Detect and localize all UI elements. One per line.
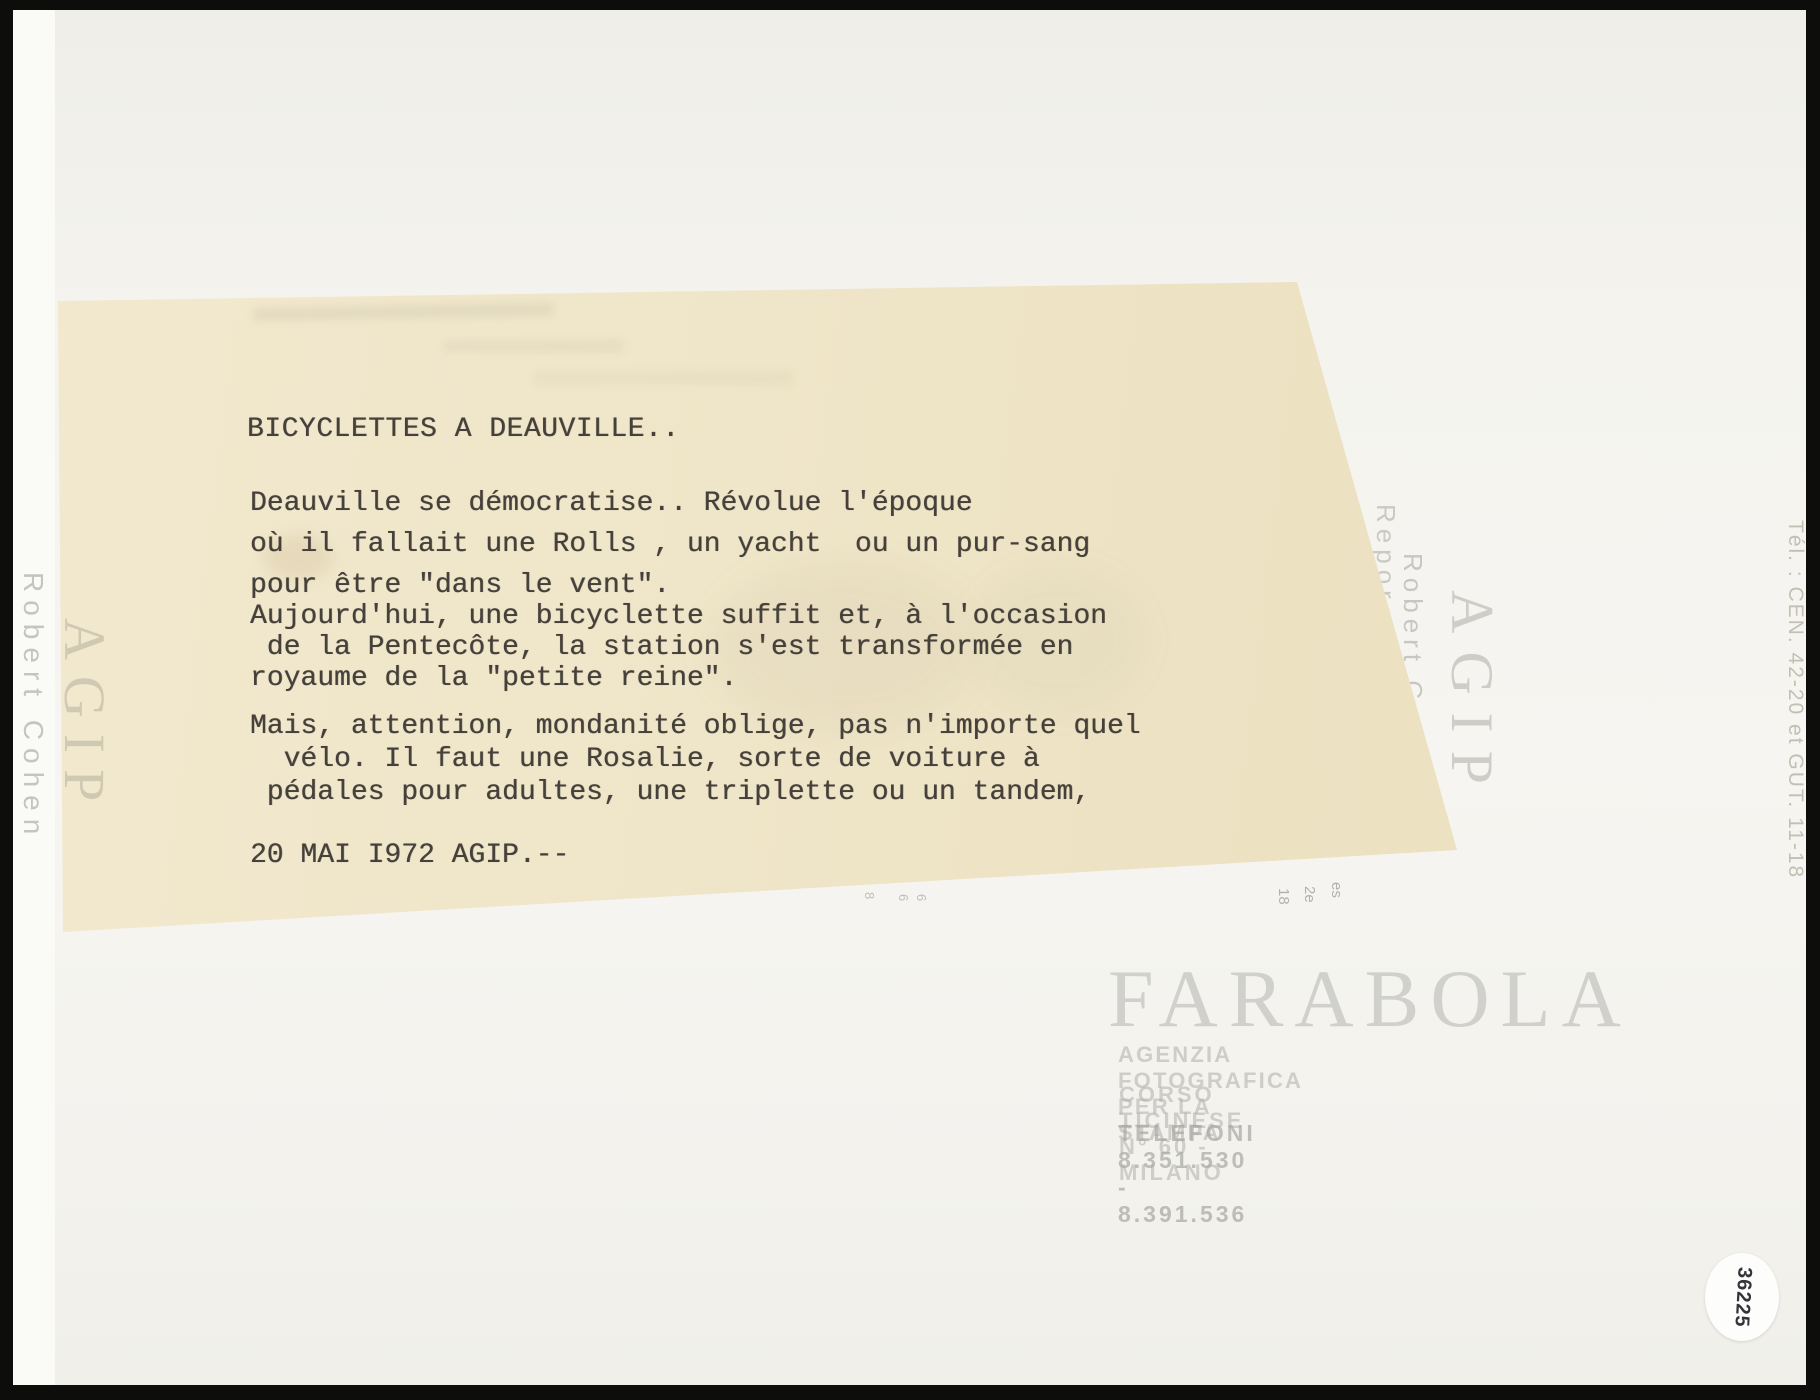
stamp-fragment: 6 [914,894,929,901]
caption-dateline: 20 MAI I972 AGIP.-- [250,840,569,871]
caption-line: Aujourd'hui, une bicyclette suffit et, à… [250,601,1107,632]
scanned-photo-back: Repor Robert C AGIP Tél. : CEN. 42-20 et… [0,0,1820,1400]
caption-line: Mais, attention, mondanité oblige, pas n… [250,711,1141,744]
caption-line: de la Pentecôte, la station s'est transf… [250,632,1107,663]
caption-slip-paper [13,10,1806,1385]
caption-line: pédales pour adultes, une triplette ou u… [250,777,1141,810]
agip-left-photographer-stamp: Robert Cohen [17,572,49,842]
caption-paragraph: Aujourd'hui, une bicyclette suffit et, à… [250,601,1107,694]
farabola-stamp-line4: TELEFONI 8.351.530 - 8.391.536 [1118,1120,1256,1228]
stamp-fragment: es [1328,882,1345,898]
caption-line: où il fallait une Rolls , un yacht ou un… [250,529,1090,570]
caption-paragraph: Deauville se démocratise.. Révolue l'épo… [250,488,1090,611]
stamp-fragment: 6 [896,894,911,901]
agip-left-agency-stamp: AGIP [51,618,118,817]
caption-title: BICYCLETTES A DEAUVILLE.. [247,414,680,445]
archive-number: 36225 [1729,1266,1755,1328]
stamp-fragment: 18 [1275,888,1292,905]
photo-paper-back: Repor Robert C AGIP Tél. : CEN. 42-20 et… [13,10,1806,1385]
archive-number-sticker: 36225 [1705,1253,1779,1341]
stamp-fragment: 2e [1301,886,1318,903]
caption-line: Deauville se démocratise.. Révolue l'épo… [250,488,1090,529]
agip-phone-line-stamp: Tél. : CEN. 42-20 et GUT. 11-18 [1783,520,1807,879]
caption-line: royaume de la "petite reine". [250,663,1107,694]
farabola-stamp-name: FARABOLA [1108,952,1632,1046]
stamp-fragment: 8 [862,892,877,899]
agip-right-agency-stamp: AGIP [1437,590,1506,802]
caption-paragraph: Mais, attention, mondanité oblige, pas n… [250,711,1141,810]
caption-line: vélo. Il faut une Rosalie, sorte de voit… [250,744,1141,777]
